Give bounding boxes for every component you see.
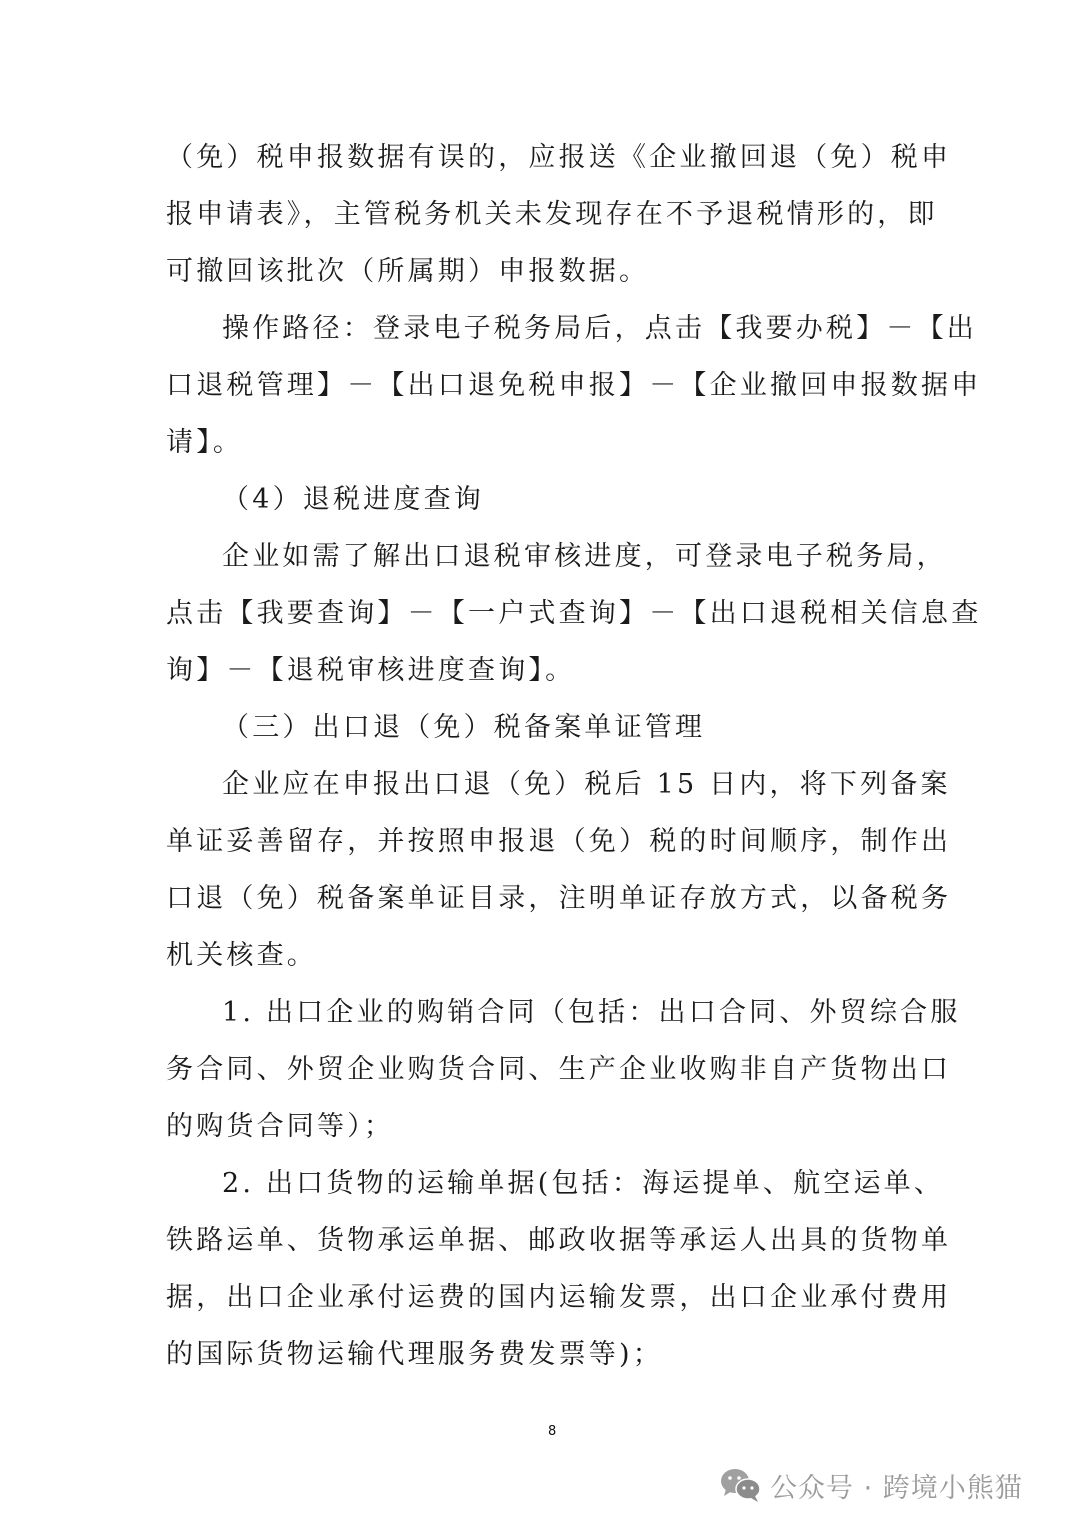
watermark-text: 公众号 · 跨境小熊猫 bbox=[770, 1466, 1023, 1505]
text-line: （三）出口退（免）税备案单证管理 bbox=[222, 700, 916, 756]
text-line: 企业如需了解出口退税审核进度，可登录电子税务局， bbox=[222, 529, 916, 585]
text-line: 机关核查。 bbox=[166, 928, 916, 984]
text-line: 询】－【退税审核进度查询】。 bbox=[166, 643, 916, 699]
watermark: 公众号 · 跨境小熊猫 bbox=[720, 1460, 1023, 1510]
text-line: 据，出口企业承付运费的国内运输发票，出口企业承付费用 bbox=[166, 1270, 916, 1326]
text-line: 点击【我要查询】－【一户式查询】－【出口退税相关信息查 bbox=[166, 586, 916, 642]
text-line: 企业应在申报出口退（免）税后 15 日内，将下列备案 bbox=[222, 757, 916, 813]
text-line: 务合同、外贸企业购货合同、生产企业收购非自产货物出口 bbox=[166, 1042, 916, 1098]
text-line: 的购货合同等）； bbox=[166, 1099, 916, 1155]
text-line: 口退（免）税备案单证目录，注明单证存放方式，以备税务 bbox=[166, 871, 916, 927]
text-line: 2. 出口货物的运输单据(包括：海运提单、航空运单、 bbox=[222, 1156, 916, 1212]
text-line: 操作路径：登录电子税务局后，点击【我要办税】－【出 bbox=[222, 301, 916, 357]
text-line: 请】。 bbox=[166, 415, 916, 471]
text-line: （4）退税进度查询 bbox=[222, 472, 916, 528]
page-number: 8 bbox=[548, 1424, 556, 1439]
document-page: （免）税申报数据有误的，应报送《企业撤回退（免）税申报申请表》，主管税务机关未发… bbox=[0, 0, 1080, 1527]
text-line: 的国际货物运输代理服务费发票等)； bbox=[166, 1327, 916, 1383]
wechat-icon bbox=[720, 1467, 762, 1503]
text-line: 报申请表》，主管税务机关未发现存在不予退税情形的，即 bbox=[166, 187, 916, 243]
text-line: 单证妥善留存，并按照申报退（免）税的时间顺序，制作出 bbox=[166, 814, 916, 870]
text-line: （免）税申报数据有误的，应报送《企业撤回退（免）税申 bbox=[166, 130, 916, 186]
text-line: 口退税管理】－【出口退免税申报】－【企业撤回申报数据申 bbox=[166, 358, 916, 414]
text-line: 铁路运单、货物承运单据、邮政收据等承运人出具的货物单 bbox=[166, 1213, 916, 1269]
text-line: 可撤回该批次（所属期）申报数据。 bbox=[166, 244, 916, 300]
text-line: 1. 出口企业的购销合同（包括：出口合同、外贸综合服 bbox=[222, 985, 916, 1041]
